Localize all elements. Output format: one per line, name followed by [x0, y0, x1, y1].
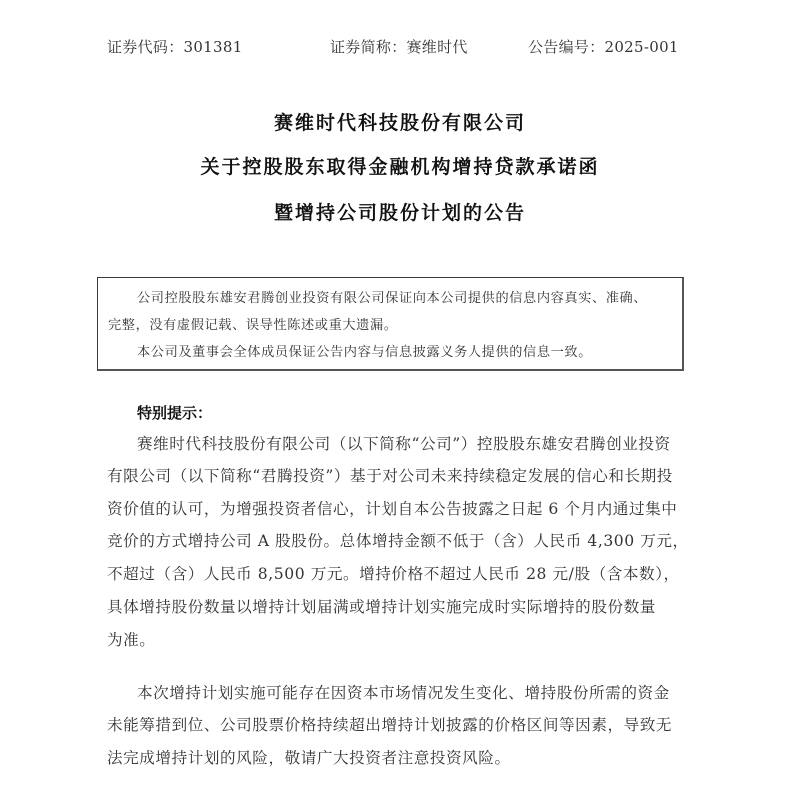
special-notice-heading: 特别提示：	[137, 402, 212, 423]
paragraph-line: 本次增持计划实施可能存在因资本市场情况发生变化、增持股份所需的资金	[137, 681, 670, 703]
paragraph-line: 有限公司（以下简称“君腾投资”）基于对公司未来持续稳定发展的信心和长期投	[107, 464, 673, 486]
notice-text-line: 本公司及董事会全体成员保证公告内容与信息披露义务人提供的信息一致。	[137, 341, 592, 360]
paragraph-line: 具体增持股份数量以增持计划届满或增持计划实施完成时实际增持的股份数量	[107, 595, 656, 617]
security-code: 证券代码：301381	[107, 36, 243, 57]
paragraph-line: 不超过（含）人民币 8,500 万元。增持价格不超过人民币 28 元/股（含本数…	[107, 562, 680, 584]
announcement-title-line: 关于控股股东取得金融机构增持贷款承诺函	[0, 152, 800, 179]
paragraph-line: 资价值的认可，为增强投资者信心，计划自本公告披露之日起 6 个月内通过集中	[107, 497, 677, 519]
paragraph-line: 为准。	[107, 628, 155, 650]
security-abbreviation: 证券简称：赛维时代	[330, 36, 468, 57]
guarantee-notice-box: 公司控股股东雄安君腾创业投资有限公司保证向本公司提供的信息内容真实、准确、 完整…	[97, 277, 684, 371]
paragraph-line: 法完成增持计划的风险，敬请广大投资者注意投资风险。	[107, 746, 511, 768]
announcement-number: 公告编号：2025-001	[528, 36, 679, 57]
notice-text-line: 公司控股股东雄安君腾创业投资有限公司保证向本公司提供的信息内容真实、准确、	[137, 287, 647, 306]
company-name-title: 赛维时代科技股份有限公司	[0, 108, 800, 135]
announcement-header: 证券代码：301381 证券简称：赛维时代 公告编号：2025-001	[0, 36, 800, 58]
announcement-title-line: 暨增持公司股份计划的公告	[0, 198, 800, 225]
notice-text-line: 完整，没有虚假记载、误导性陈述或重大遗漏。	[108, 314, 398, 333]
paragraph-line: 未能筹措到位、公司股票价格持续超出增持计划披露的价格区间等因素，导致无	[107, 713, 672, 735]
paragraph-line: 竞价的方式增持公司 A 股股份。总体增持金额不低于（含）人民币 4,300 万元…	[107, 529, 689, 551]
paragraph-line: 赛维时代科技股份有限公司（以下简称“公司”）控股股东雄安君腾创业投资	[137, 432, 671, 454]
